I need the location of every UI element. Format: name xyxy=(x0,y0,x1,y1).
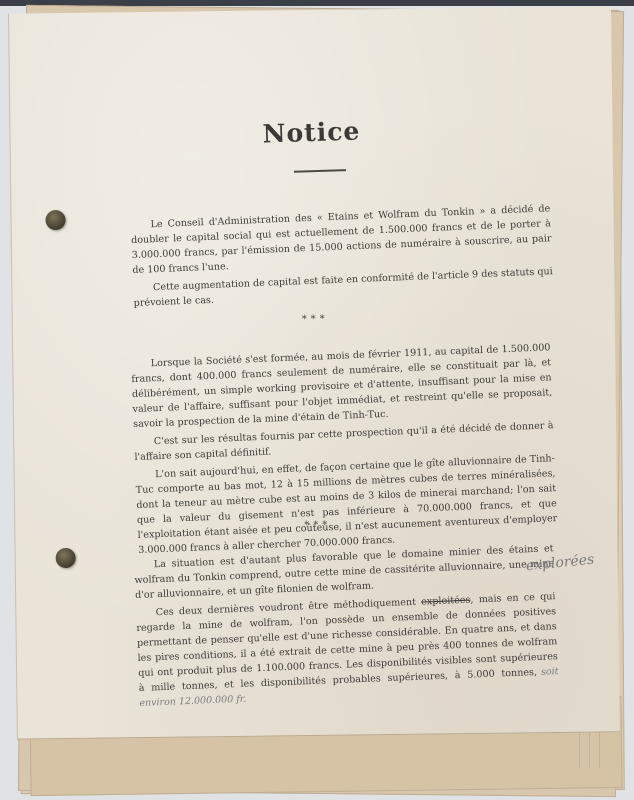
paragraph: L'on sait aujourd'hui, en effet, de faço… xyxy=(135,451,558,558)
section-mining-domain: La situation est d'autant plus favorable… xyxy=(134,541,560,714)
binder-rivet-icon xyxy=(56,548,76,568)
paragraph: Lorsque la Société s'est formée, au mois… xyxy=(130,340,553,432)
paragraph: Ces deux dernières voudront être méthodi… xyxy=(136,589,560,711)
section-separator: * * * xyxy=(13,310,615,328)
document-page: Notice Le Conseil d'Administration des «… xyxy=(8,6,620,739)
struck-word: exploitées xyxy=(421,595,471,608)
binder-rivet-icon xyxy=(45,210,65,230)
page-title: Notice xyxy=(10,109,613,157)
section-capital-increase: Le Conseil d'Administration des « Etains… xyxy=(130,201,554,314)
title-divider xyxy=(294,169,346,173)
